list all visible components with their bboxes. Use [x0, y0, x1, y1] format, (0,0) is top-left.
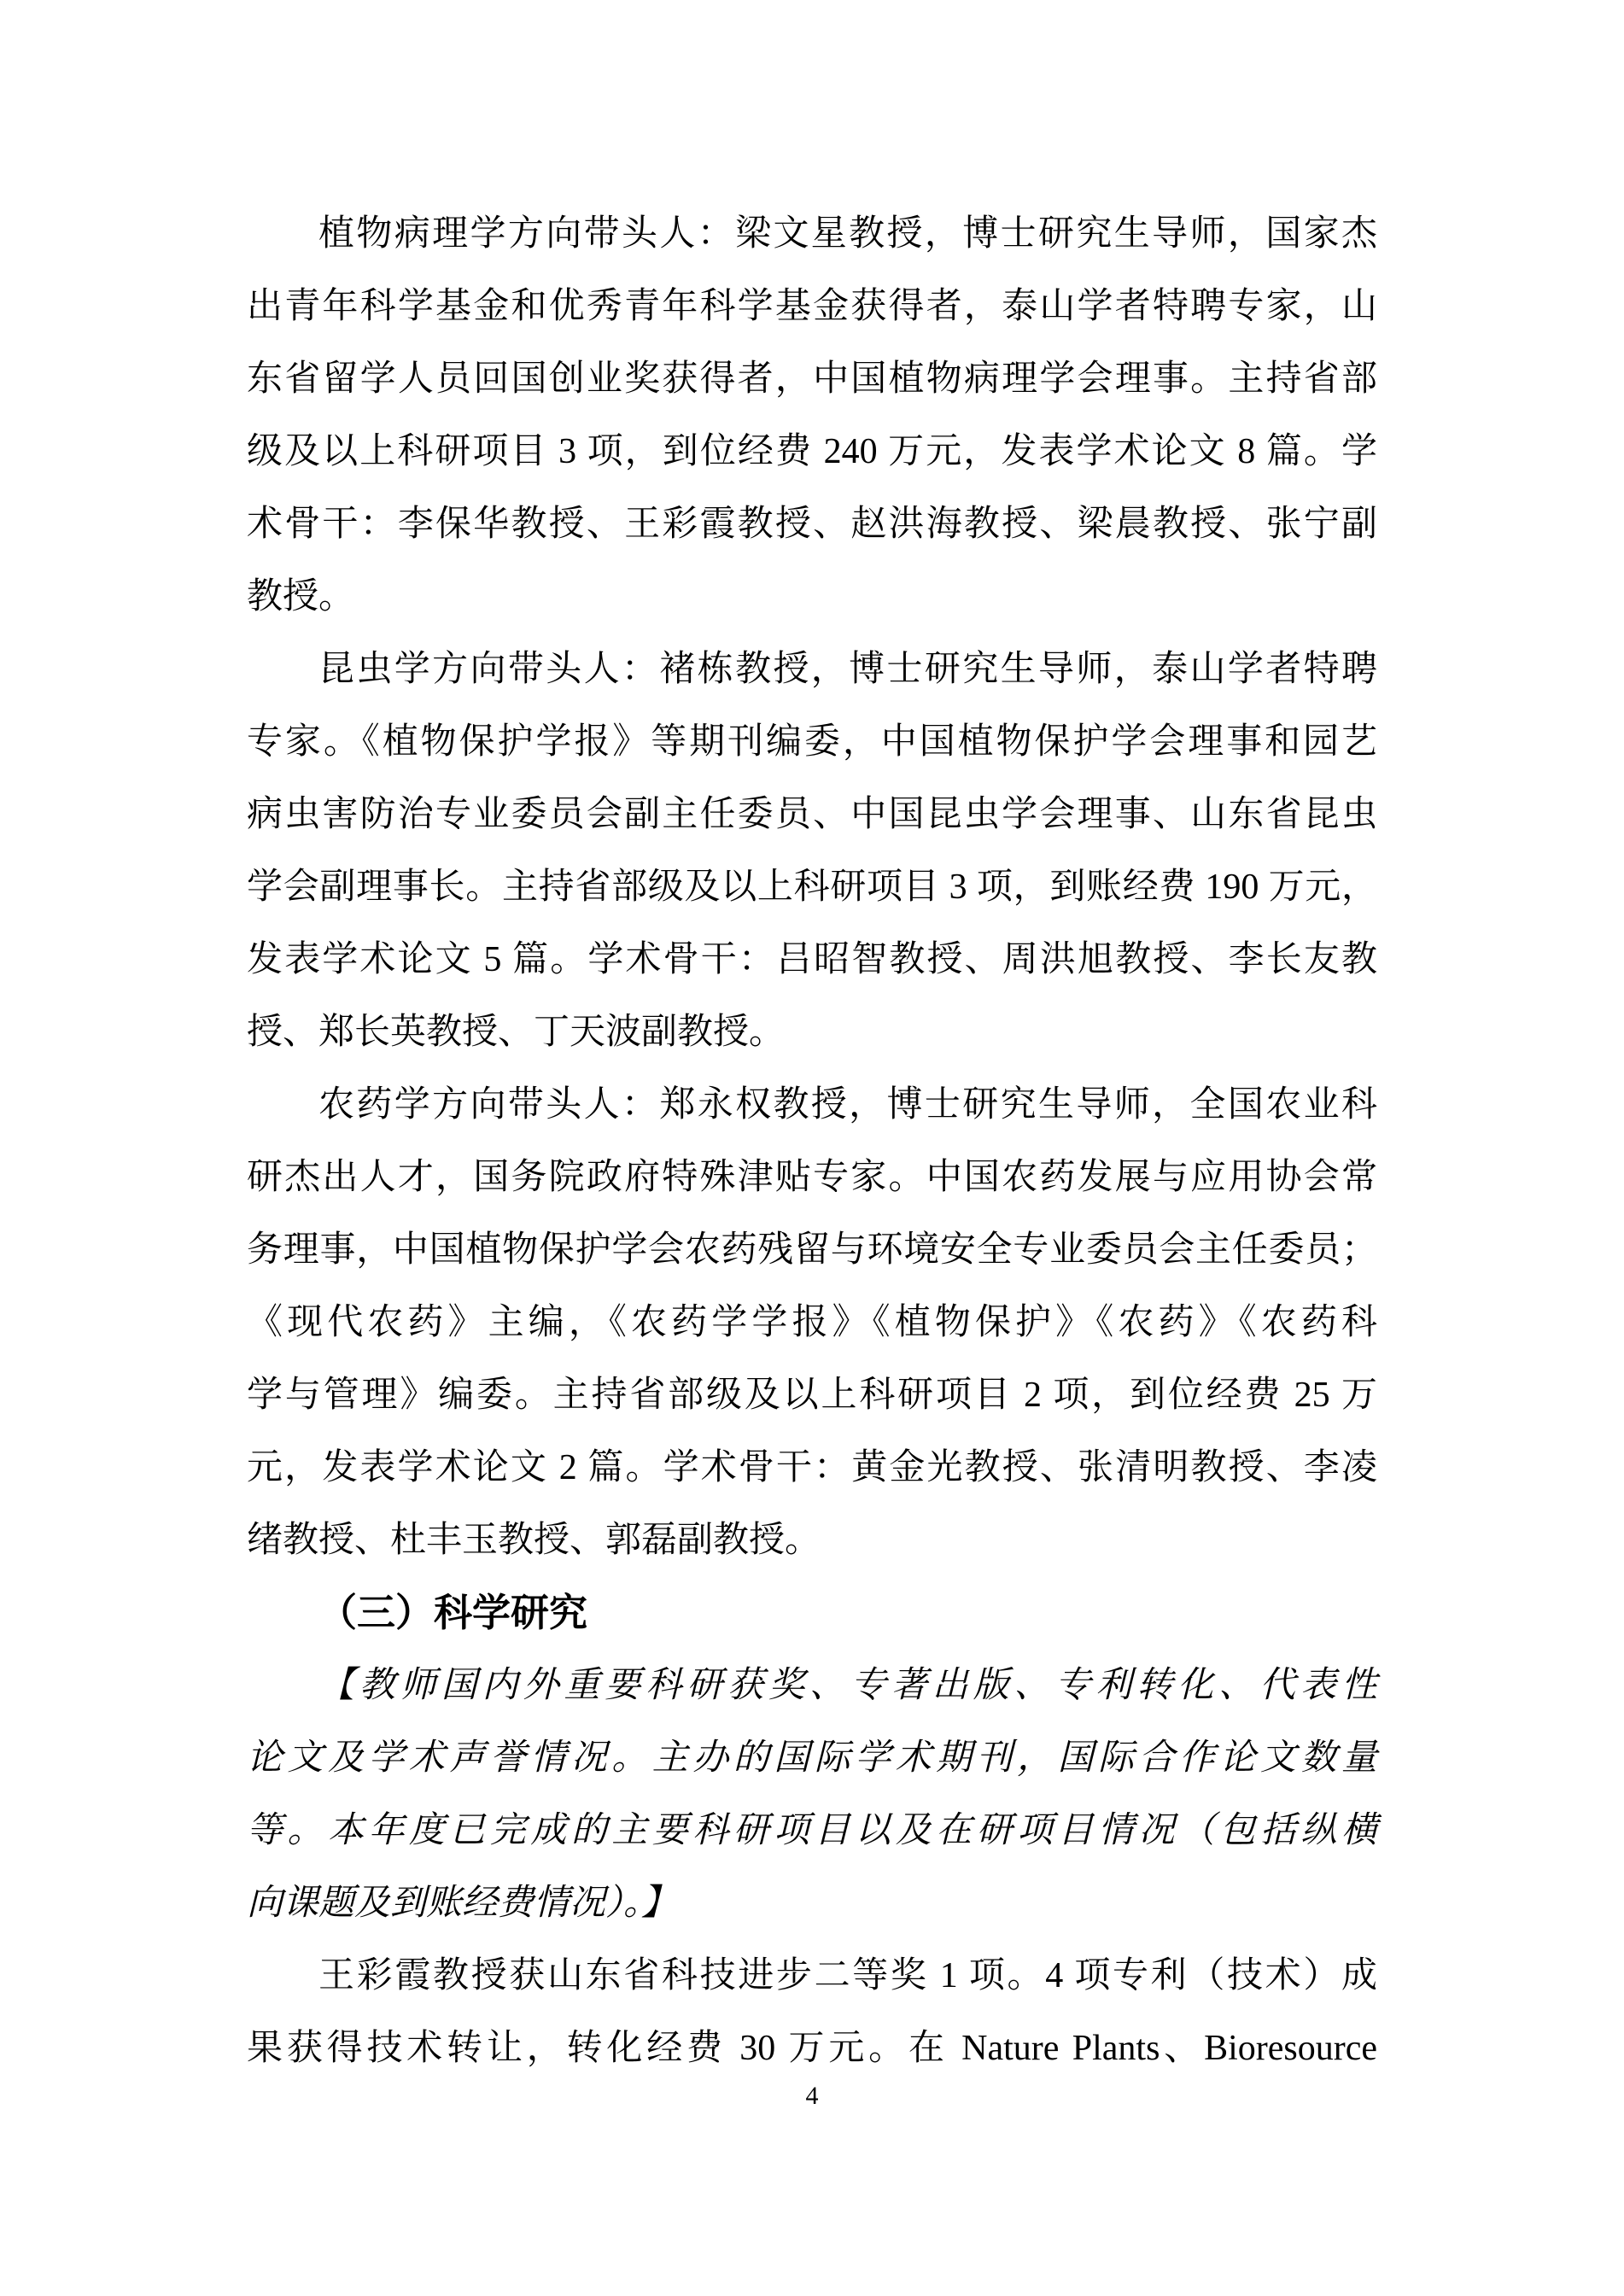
page-number: 4 — [0, 2071, 1624, 2122]
text-line: 【教师国内外重要科研获奖、专著出版、专利转化、代表性 — [247, 1650, 1377, 1722]
text-line: 学会副理事长。主持省部级及以上科研项目 3 项，到账经费 190 万元， — [247, 851, 1377, 924]
text-line: 发表学术论文 5 篇。学术骨干：吕昭智教授、周洪旭教授、李长友教 — [247, 924, 1377, 996]
text-line: 论文及学术声誉情况。主办的国际学术期刊，国际合作论文数量 — [247, 1722, 1377, 1795]
text-line: 植物病理学方向带头人：梁文星教授，博士研究生导师，国家杰 — [247, 198, 1377, 271]
text-line: 研杰出人才，国务院政府特殊津贴专家。中国农药发展与应用协会常 — [247, 1142, 1377, 1214]
text-line: 病虫害防治专业委员会副主任委员、中国昆虫学会理事、山东省昆虫 — [247, 779, 1377, 851]
text-line: 昆虫学方向带头人：褚栋教授，博士研究生导师，泰山学者特聘 — [247, 634, 1377, 706]
text-line: 专家。《植物保护学报》等期刊编委，中国植物保护学会理事和园艺 — [247, 706, 1377, 779]
text-line: 等。本年度已完成的主要科研项目以及在研项目情况（包括纵横 — [247, 1795, 1377, 1867]
text-line: 《现代农药》主编，《农药学学报》《植物保护》《农药》《农药科 — [247, 1287, 1377, 1359]
text-line: 级及以上科研项目 3 项，到位经费 240 万元，发表学术论文 8 篇。学 — [247, 416, 1377, 488]
text-line: 元，发表学术论文 2 篇。学术骨干：黄金光教授、张清明教授、李凌 — [247, 1432, 1377, 1504]
text-line: 绪教授、杜丰玉教授、郭磊副教授。 — [247, 1504, 1377, 1577]
page-content: 植物病理学方向带头人：梁文星教授，博士研究生导师，国家杰出青年科学基金和优秀青年… — [247, 198, 1377, 2085]
text-line: 农药学方向带头人：郑永权教授，博士研究生导师，全国农业科 — [247, 1069, 1377, 1142]
text-line: 出青年科学基金和优秀青年科学基金获得者，泰山学者特聘专家，山 — [247, 271, 1377, 343]
para-research-achievements: 王彩霞教授获山东省科技进步二等奖 1 项。4 项专利（技术）成果获得技术转让，转… — [247, 1940, 1377, 2085]
text-line: 授、郑长英教授、丁天波副教授。 — [247, 996, 1377, 1069]
text-line: 教授。 — [247, 561, 1377, 634]
text-line: 王彩霞教授获山东省科技进步二等奖 1 项。4 项专利（技术）成 — [247, 1940, 1377, 2013]
para-entomology-leader: 昆虫学方向带头人：褚栋教授，博士研究生导师，泰山学者特聘专家。《植物保护学报》等… — [247, 634, 1377, 1069]
para-plant-pathology-leader: 植物病理学方向带头人：梁文星教授，博士研究生导师，国家杰出青年科学基金和优秀青年… — [247, 198, 1377, 634]
text-line: 东省留学人员回国创业奖获得者，中国植物病理学会理事。主持省部 — [247, 343, 1377, 416]
text-line: 学与管理》编委。主持省部级及以上科研项目 2 项，到位经费 25 万 — [247, 1359, 1377, 1432]
text-line: （三）科学研究 — [247, 1577, 1377, 1650]
heading-science-research: （三）科学研究 — [247, 1577, 1377, 1650]
text-line: 术骨干：李保华教授、王彩霞教授、赵洪海教授、梁晨教授、张宁副 — [247, 488, 1377, 561]
para-pesticide-science-leader: 农药学方向带头人：郑永权教授，博士研究生导师，全国农业科研杰出人才，国务院政府特… — [247, 1069, 1377, 1577]
text-line: 务理事，中国植物保护学会农药残留与环境安全专业委员会主任委员； — [247, 1214, 1377, 1287]
text-line: 向课题及到账经费情况）。】 — [247, 1867, 1377, 1940]
para-editorial-note: 【教师国内外重要科研获奖、专著出版、专利转化、代表性论文及学术声誉情况。主办的国… — [247, 1650, 1377, 1940]
document-page: 植物病理学方向带头人：梁文星教授，博士研究生导师，国家杰出青年科学基金和优秀青年… — [0, 0, 1624, 2296]
